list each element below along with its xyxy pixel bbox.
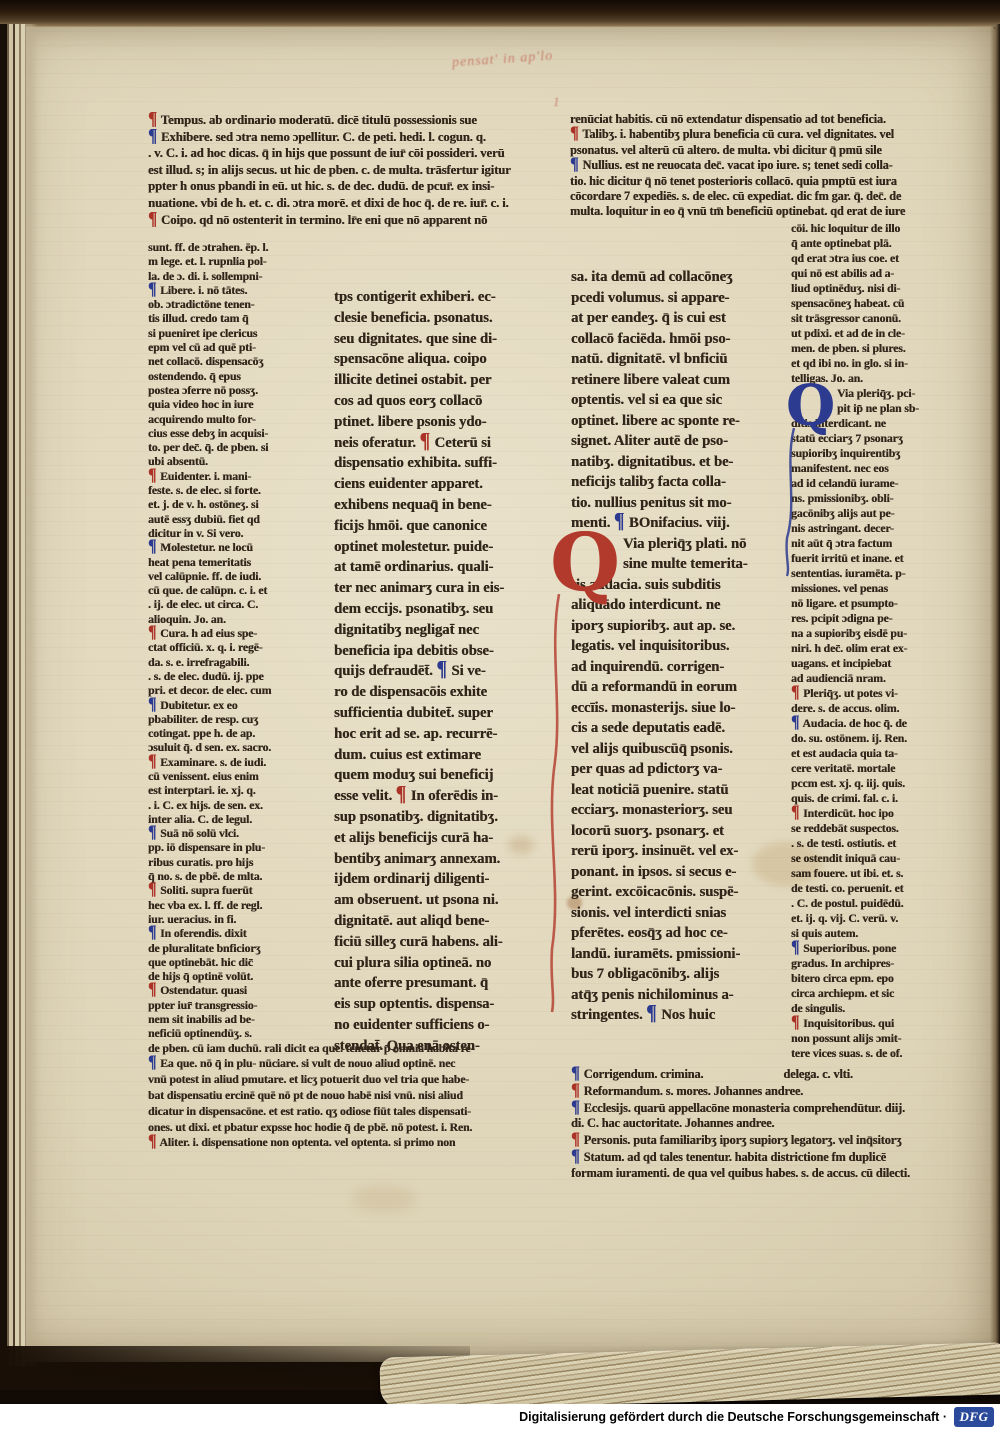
- text-line: spensacōne aliqua. coipo: [334, 349, 536, 370]
- text-line: retinere libere valeat cum: [571, 370, 773, 391]
- red-initial-tail-flourish: [545, 594, 569, 1014]
- text-line: sam fouere. ut ibi. et. s.: [791, 866, 949, 881]
- paragraph-mark-blue: ¶: [791, 941, 799, 955]
- text-line: stendat̄. Qua enā osten-: [334, 1036, 536, 1057]
- gloss-block-top-left: ¶ Tempus. ab ordinario moderatū. dicē ti…: [148, 112, 566, 228]
- text-line: et alijs beneficijs curā ha-: [334, 828, 536, 849]
- paragraph-mark-blue: ¶: [571, 1148, 580, 1163]
- text-line: renūciat habitis. cū nō extendatur dispe…: [570, 112, 950, 127]
- text-line: sionis. vel interdicti snias: [571, 903, 773, 924]
- text-line: cere veritatē. mortale: [791, 761, 949, 776]
- text-line: neficijs talibʒ facta colla-: [571, 472, 773, 493]
- text-line: uagans. et incipiebat: [791, 656, 949, 671]
- text-line: pccm est. xj. q. iij. quis.: [791, 776, 949, 791]
- paragraph-mark-red: ¶: [148, 1136, 156, 1150]
- text-line: eccīis. monasterijs. siue lo-: [571, 698, 773, 719]
- paragraph-mark-red: ¶: [420, 433, 430, 451]
- text-line: ad inquirendū. corrigen-: [571, 657, 773, 678]
- text-line: iporʒ supioribʒ. aut ap. se.: [571, 616, 773, 637]
- text-line: sunt. ff. de ɔtrahen. ēp. l.: [148, 240, 568, 254]
- paragraph-mark-red: ¶: [571, 1082, 580, 1097]
- text-line: clesie beneficia. psonatus.: [334, 308, 536, 329]
- paragraph-mark-red: ¶: [148, 755, 156, 769]
- text-line: ¶ Pleriq̄ʒ. ut potes vi-: [791, 686, 949, 701]
- text-line: tere vices suas. s. de of.: [791, 1046, 949, 1061]
- paragraph-mark-blue: ¶: [148, 826, 156, 840]
- text-line: vnū potest in aliud pmutare. et licʒ pot…: [148, 1072, 568, 1088]
- text-line: ¶ Interdicūt. hoc ipo: [791, 806, 949, 821]
- text-line: ¶ Reformandum. s. mores. Johannes andree…: [571, 1083, 949, 1100]
- text-line: ad id celandū iurame-: [791, 476, 949, 491]
- text-line: ¶ Aliter. i. dispensatione non optenta. …: [148, 1135, 568, 1151]
- text-line: fuerit irritū et inane. et: [791, 551, 949, 566]
- text-line: formam iuramenti. de qua vel quibus habe…: [571, 1166, 949, 1182]
- paragraph-mark-blue: ¶: [791, 716, 799, 730]
- paragraph-mark-blue: ¶: [148, 1057, 156, 1071]
- paragraph-mark-red: ¶: [148, 884, 156, 898]
- text-line: supioribʒ inquirentibʒ: [791, 446, 949, 461]
- text-line: dicatur in dispensacōne. et est ratio. q…: [148, 1104, 568, 1120]
- text-line: natibʒ. dignitatibus. et be-: [571, 452, 773, 473]
- text-line: hoc erit ad se. ap. recurrē-: [334, 724, 536, 745]
- paragraph-mark-blue: ¶: [148, 283, 156, 297]
- text-line: nit aūt q̄ ɔtra factum: [791, 536, 949, 551]
- text-line: tio. hic dicitur q̄ nō tenet posterioris…: [570, 174, 950, 189]
- footer-credit-text: Digitalisierung gefördert durch die Deut…: [519, 1410, 947, 1424]
- stain: [352, 1186, 416, 1212]
- right-page-edge: [990, 24, 1000, 1354]
- text-line: multa. loquitur in eo q̄ vnū tm̄ benefic…: [570, 204, 950, 219]
- text-line: ficiū silleʒ curā habens. ali-: [334, 932, 536, 953]
- paragraph-mark-blue: ¶: [570, 157, 579, 172]
- text-line: et qd ibi no. in glo. si in-: [791, 356, 949, 371]
- paragraph-mark-blue: ¶: [436, 661, 446, 679]
- text-line: stringentes. ¶ Nos huic: [571, 1005, 773, 1026]
- text-column-center-left: tps contigerit exhiberi. ec-clesie benef…: [334, 287, 536, 1056]
- text-line: dignitatibʒ negligat̄ nec: [334, 620, 536, 641]
- text-line: de testi. co. peruenit. et: [791, 881, 949, 896]
- text-line: dū a reformandū in eorum: [571, 677, 773, 698]
- paragraph-mark-red: ¶: [791, 686, 799, 700]
- text-line: ns. pmissionibʒ. obli-: [791, 491, 949, 506]
- text-line: tio. nullius penitus sit mo-: [571, 493, 773, 514]
- text-line: qui nō est abilis ad a-: [791, 266, 949, 281]
- dfg-logo: DFG: [954, 1407, 994, 1427]
- text-line: ¶ Exhibere. sed ɔtra nemo ɔpellitur. C. …: [148, 129, 566, 146]
- text-line: dum. cuius est extimare: [334, 745, 536, 766]
- paragraph-mark-red: ¶: [570, 127, 579, 142]
- text-line: sit trāsgressor canonū.: [791, 311, 949, 326]
- line-continuation: delega. c. vlti.: [783, 1067, 853, 1081]
- text-line: ¶ Audacia. de hoc q̄. de: [791, 716, 949, 731]
- text-line: do. su. ostōnem. ij. Ren.: [791, 731, 949, 746]
- text-line: landū. iuramēts. pmissioni-: [571, 944, 773, 965]
- text-line: et. ij. q. vij. C. verū. v.: [791, 911, 949, 926]
- text-line: ¶ Talibʒ. i. habentibʒ plura beneficia c…: [570, 127, 950, 142]
- text-line: ¶ Personis. puta familiaribʒ iporʒ supio…: [571, 1132, 949, 1149]
- text-line: cōi. hic loquitur de illo: [791, 221, 949, 236]
- text-line: locorū suorʒ. psonarʒ. et: [571, 821, 773, 842]
- text-line: . C. de postul. puidēdū.: [791, 896, 949, 911]
- text-line: na a supioribʒ eisdē pu-: [791, 626, 949, 641]
- text-line: ¶ Tempus. ab ordinario moderatū. dicē ti…: [148, 112, 566, 129]
- text-line: di. C. hac auctoritate. Johannes andree.: [571, 1116, 949, 1132]
- drop-cap-blue-q: Q: [786, 384, 835, 429]
- gloss-block-top-right: renūciat habitis. cū nō extendatur dispe…: [570, 112, 950, 220]
- text-line: ¶ Corrigendum. crimina.delega. c. vlti.: [571, 1066, 949, 1083]
- text-line: per quas ad pdictorʒ va-: [571, 759, 773, 780]
- text-line: signet. Aliter autē de pso-: [571, 431, 773, 452]
- text-line: atq̄ʒ penis nichilominus a-: [571, 985, 773, 1006]
- text-line: quem moduʒ sui beneficij: [334, 765, 536, 786]
- text-line: esse velit. ¶ In oferēdis in-: [334, 786, 536, 807]
- blue-initial-tail-flourish: [782, 428, 802, 578]
- text-line: ppter h onus pbandi in eū. ut hic. s. de…: [148, 178, 566, 195]
- text-line: nō ligare. et psumpto-: [791, 596, 949, 611]
- text-line: ¶ Nullius. est ne reuocata dec̄. vacat i…: [570, 158, 950, 173]
- paragraph-mark-blue: ¶: [148, 540, 156, 554]
- text-line: optentis. vel si ea que sic: [571, 390, 773, 411]
- text-line: rerū iporʒ. insinuēt. vel ex-: [571, 841, 773, 862]
- text-line: res. pcipit ɔdigna pe-: [791, 611, 949, 626]
- text-line: sup psonatibʒ. dignitatibʒ.: [334, 807, 536, 828]
- text-column-center-right: sa. ita demū ad collacōneʒpcedi volumus.…: [571, 267, 773, 1026]
- text-line: seu dignitates. que sine di-: [334, 329, 536, 350]
- text-line: q̄ ante optinebat plā.: [791, 236, 949, 251]
- text-line: est illud. s; in alijs secus. ut hic de …: [148, 162, 566, 179]
- paragraph-mark-blue: ¶: [148, 927, 156, 941]
- paragraph-mark-red: ¶: [148, 626, 156, 640]
- text-line: ¶ Inquisitoribus. qui: [791, 1016, 949, 1031]
- text-line: vel alijs quibuscūq̄ psonis.: [571, 739, 773, 760]
- text-line: ut pdixi. et ad de in cle-: [791, 326, 949, 341]
- paragraph-mark-blue: ¶: [571, 1065, 580, 1080]
- text-line: la. de ɔ. di. i. sollempni-: [148, 269, 568, 283]
- text-line: ¶ Superioribus. pone: [791, 941, 949, 956]
- text-line: ¶ Coipo. qd nō ostenterit in termino. lr…: [148, 212, 566, 229]
- text-line: ad audienciā nram.: [791, 671, 949, 686]
- paragraph-mark-blue: ¶: [571, 1099, 580, 1114]
- paragraph-mark-blue: ¶: [148, 698, 156, 712]
- red-ink-numeral: 1: [553, 94, 560, 110]
- text-line: dignitatē. aut aliqd bene-: [334, 911, 536, 932]
- text-line: bentibʒ animarʒ annexam.: [334, 849, 536, 870]
- gloss-column-right: cōi. hic loquitur de illoq̄ ante optineb…: [791, 221, 949, 1061]
- text-line: beneficia ipa debitis obse-: [334, 641, 536, 662]
- text-line: cōcordare 7 expediēs. s. de elec. cū exp…: [570, 189, 950, 204]
- text-line: gerint. excōicacōnis. suspē-: [571, 882, 773, 903]
- text-line: ante oferre presumant. q̄: [334, 973, 536, 994]
- text-line: bus 7 obligacōnibʒ. alijs: [571, 964, 773, 985]
- text-line: ¶ Ecclesijs. quarū appellacōne monasteri…: [571, 1100, 949, 1117]
- text-line: sententias. iuramēta. p-: [791, 566, 949, 581]
- text-line: psonatus. vel alterū cū altero. de multa…: [570, 143, 950, 158]
- text-line: ficijs hmōi. que canonice: [334, 516, 536, 537]
- drop-cap-red-q: Q: [550, 530, 620, 594]
- text-line: optinet molestetur. puide-: [334, 537, 536, 558]
- text-line: sufficientia dubitet̄. super: [334, 703, 536, 724]
- paragraph-mark-blue: ¶: [646, 1005, 656, 1023]
- text-line: . v. C. i. ad hoc dicas. q̄ in hijs que …: [148, 145, 566, 162]
- text-line: . s. de testi. ostiutis. et: [791, 836, 949, 851]
- text-line: si quis autem.: [791, 926, 949, 941]
- manuscript-scan: pensat' in ap'lo 1 ¶ Tempus. ab ordinari…: [0, 0, 1000, 1430]
- paragraph-mark-red: ¶: [396, 786, 406, 804]
- digitization-footer-bar: Digitalisierung gefördert durch die Deut…: [0, 1404, 1000, 1430]
- text-line: m lege. et. l. rupnlia pol-: [148, 254, 568, 268]
- text-line: gradus. In archipres-: [791, 956, 949, 971]
- left-page-stack: [0, 24, 38, 1366]
- text-line: quijs defraudēt̄. ¶ Si ve-: [334, 661, 536, 682]
- text-line: sa. ita demū ad collacōneʒ: [571, 267, 773, 288]
- paragraph-mark-red: ¶: [148, 469, 156, 483]
- text-line: cos ad quos eorʒ collacō: [334, 391, 536, 412]
- paragraph-mark-red: ¶: [148, 211, 157, 226]
- text-line: gacōnibʒ alijs aut pe-: [791, 506, 949, 521]
- text-line: nuatione. vbi de h. et. c. di. ɔtra morē…: [148, 195, 566, 212]
- text-line: ones. ut dixi. et pbatur expsse hoc hodi…: [148, 1120, 568, 1136]
- text-line: pcedi volumus. si appare-: [571, 288, 773, 309]
- text-line: ijdem ordinarij diligenti-: [334, 869, 536, 890]
- text-line: dere. s. de accus. olim.: [791, 701, 949, 716]
- text-line: at per eandeʒ. q̄ is cui est: [571, 308, 773, 329]
- text-line: et est audacia quia ta-: [791, 746, 949, 761]
- text-line: non possunt alijs ɔmit-: [791, 1031, 949, 1046]
- text-line: optinet. libere ac sponte re-: [571, 411, 773, 432]
- text-line: tps contigerit exhiberi. ec-: [334, 287, 536, 308]
- text-line: de singulis.: [791, 1001, 949, 1016]
- gloss-block-bottom-right: ¶ Corrigendum. crimina.delega. c. vlti.¶…: [571, 1066, 949, 1182]
- text-line: cis a sede deputatis eadē.: [571, 718, 773, 739]
- text-line: niri. h dec̄. olim erat ex-: [791, 641, 949, 656]
- text-line: bat dispensatiu ercinē quē nō pt de nouo…: [148, 1088, 568, 1104]
- text-line: ¶ Ea que. nō q̄ in plu- nūciare. si vult…: [148, 1056, 568, 1072]
- text-line: illicite detinei ostabit. per: [334, 370, 536, 391]
- text-line: ciens euidenter apparet.: [334, 474, 536, 495]
- paragraph-mark-red: ¶: [791, 806, 799, 820]
- text-line: nis astringant. decer-: [791, 521, 949, 536]
- paragraph-mark-red: ¶: [791, 1016, 799, 1030]
- text-line: no euidenter sufficiens o-: [334, 1015, 536, 1036]
- text-line: ptinet. libere psonis ydo-: [334, 412, 536, 433]
- paragraph-mark-red: ¶: [148, 984, 156, 998]
- text-line: eis sup optentis. dispensa-: [334, 994, 536, 1015]
- text-line: se reddebāt suspectos.: [791, 821, 949, 836]
- text-line: ponant. in ipsos. si secus e-: [571, 862, 773, 883]
- text-line: leat noticiā puenire. statū: [571, 780, 773, 801]
- text-line: spensacōneʒ habeat. cū: [791, 296, 949, 311]
- text-line: missiones. vel penas: [791, 581, 949, 596]
- text-line: ro de dispensacōis exhite: [334, 682, 536, 703]
- text-line: natū. dignitatē. vl bnficiū: [571, 349, 773, 370]
- text-line: circa archiepm. et sic: [791, 986, 949, 1001]
- text-line: legatis. vel inquisitoribus.: [571, 636, 773, 657]
- text-line: exhibens nequaq̄ in bene-: [334, 495, 536, 516]
- text-line: ecciarʒ. monasteriorʒ. seu: [571, 800, 773, 821]
- text-line: dispensatio exhibita. suffi-: [334, 453, 536, 474]
- text-line: liud optinēduʒ. nisi di-: [791, 281, 949, 296]
- paragraph-mark-blue: ¶: [148, 128, 157, 143]
- text-line: am obseruent. ut psona ni.: [334, 890, 536, 911]
- text-line: se ostendit iniquā cau-: [791, 851, 949, 866]
- text-line: men. de pben. si plures.: [791, 341, 949, 356]
- text-line: qd erat ɔtra ius coe. et: [791, 251, 949, 266]
- text-line: quis. de crimi. fal. c. i.: [791, 791, 949, 806]
- text-line: ter nec animarʒ cura in eis-: [334, 578, 536, 599]
- text-line: at tamē ordinarius. quali-: [334, 557, 536, 578]
- text-line: neis oferatur. ¶ Ceterū si: [334, 433, 536, 454]
- text-line: pferētes. eosq̄ʒ ad hoc ce-: [571, 923, 773, 944]
- text-line: dem eccijs. psonatibʒ. seu: [334, 599, 536, 620]
- text-line: ¶ Statum. ad qd tales tenentur. habita d…: [571, 1149, 949, 1166]
- text-line: collacō faciēda. hmōi pso-: [571, 329, 773, 350]
- text-line: bitero circa epm. epo: [791, 971, 949, 986]
- text-line: cui plura silia optineā. no: [334, 953, 536, 974]
- book-top-edge: [0, 0, 1000, 27]
- text-line: manifestent. nec eos: [791, 461, 949, 476]
